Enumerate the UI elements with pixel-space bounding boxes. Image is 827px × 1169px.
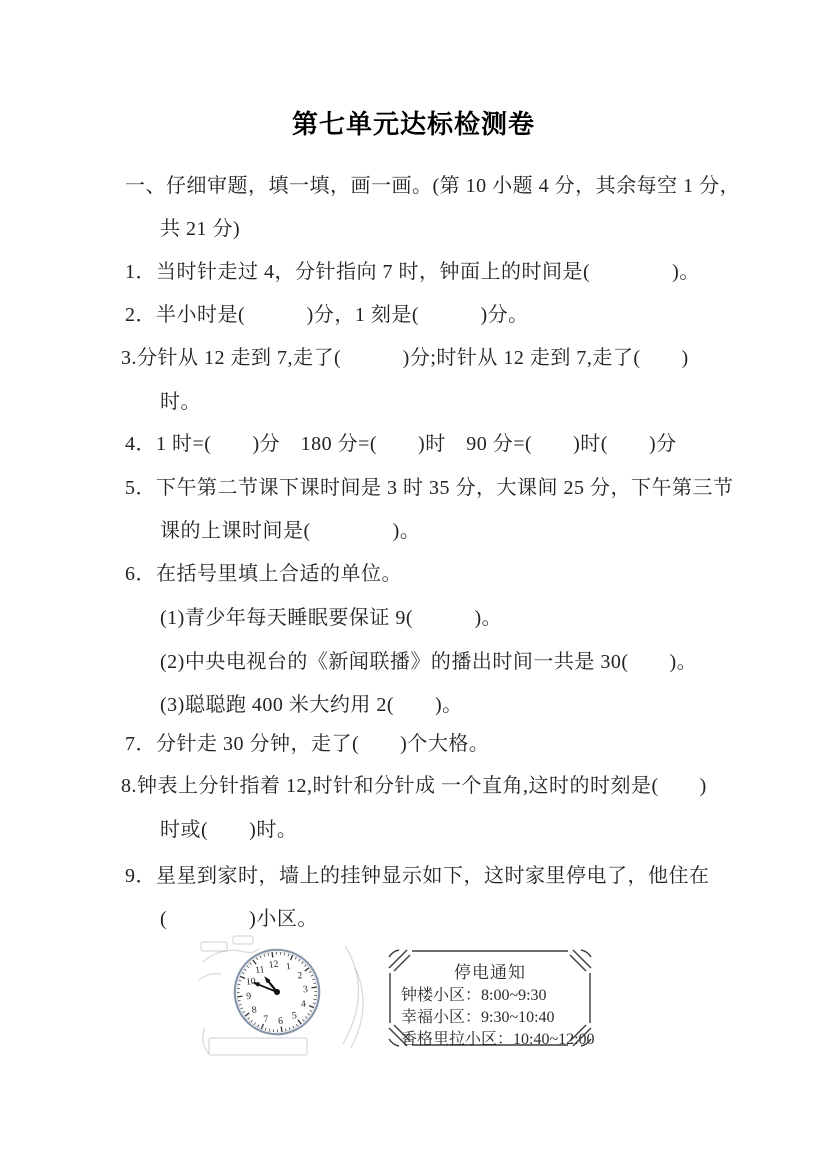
question-2: 2．半小时是( )分，1 刻是( )分。 (125, 301, 529, 329)
exam-page: 第七单元达标检测卷 一、仔细审题，填一填，画一画。(第 10 小题 4 分，其余… (0, 0, 827, 1169)
question-8-line2: 时或( )时。 (160, 816, 297, 844)
question-8-line1: 8.钟表上分针指着 12,时针和分针成 一个直角,这时的时刻是( ) (121, 772, 707, 800)
svg-text:11: 11 (255, 964, 266, 976)
question-6-sub2: (2)中央电视台的《新闻联播》的播出时间一共是 30( )。 (160, 648, 697, 676)
question-4: 4．1 时=( )分 180 分=( )时 90 分=( )时( )分 (125, 430, 677, 458)
question-6-sub1: (1)青少年每天睡眠要保证 9( )。 (160, 604, 502, 632)
wall-clock-figure: 123456789101112 (233, 948, 321, 1036)
question-3-line1: 3.分针从 12 走到 7,走了( )分;时针从 12 走到 7,走了( ) (121, 344, 689, 372)
notice-row-zhonglou: 钟楼小区：8:00~9:30 (401, 982, 547, 1005)
question-6-sub3: (3)聪聪跑 400 米大约用 2( )。 (160, 691, 463, 719)
notice-row-xingfu: 幸福小区：9:30~10:40 (401, 1004, 555, 1027)
question-3-line2: 时。 (160, 388, 201, 416)
svg-text:10: 10 (245, 976, 256, 988)
svg-text:12: 12 (268, 959, 279, 971)
notice-row-xianggelila: 香格里拉小区：10:40~12:00 (401, 1026, 595, 1049)
section-heading-line1: 一、仔细审题，填一填，画一画。(第 10 小题 4 分，其余每空 1 分， (125, 172, 740, 200)
question-5-line1: 5．下午第二节课下课时间是 3 时 35 分，大课间 25 分，下午第三节 (125, 474, 734, 502)
question-9-line2: ( )小区。 (160, 905, 318, 933)
question-1: 1．当时针走过 4，分针指向 7 时，钟面上的时间是( )。 (125, 258, 700, 286)
question-9-line1: 9．星星到家时，墙上的挂钟显示如下，这时家里停电了，他住在 (125, 862, 710, 890)
question-7: 7．分针走 30 分钟，走了( )个大格。 (125, 730, 489, 758)
notice-title: 停电通知 (386, 958, 594, 983)
question-5-line2: 课的上课时间是( )。 (160, 517, 420, 545)
section-heading-line2: 共 21 分) (160, 215, 240, 243)
power-outage-notice: 停电通知 钟楼小区：8:00~9:30 幸福小区：9:30~10:40 香格里拉… (386, 947, 594, 1049)
clock-face: 123456789101112 (233, 948, 321, 1036)
page-title: 第七单元达标检测卷 (0, 104, 827, 141)
question-6: 6．在括号里填上合适的单位。 (125, 560, 402, 588)
